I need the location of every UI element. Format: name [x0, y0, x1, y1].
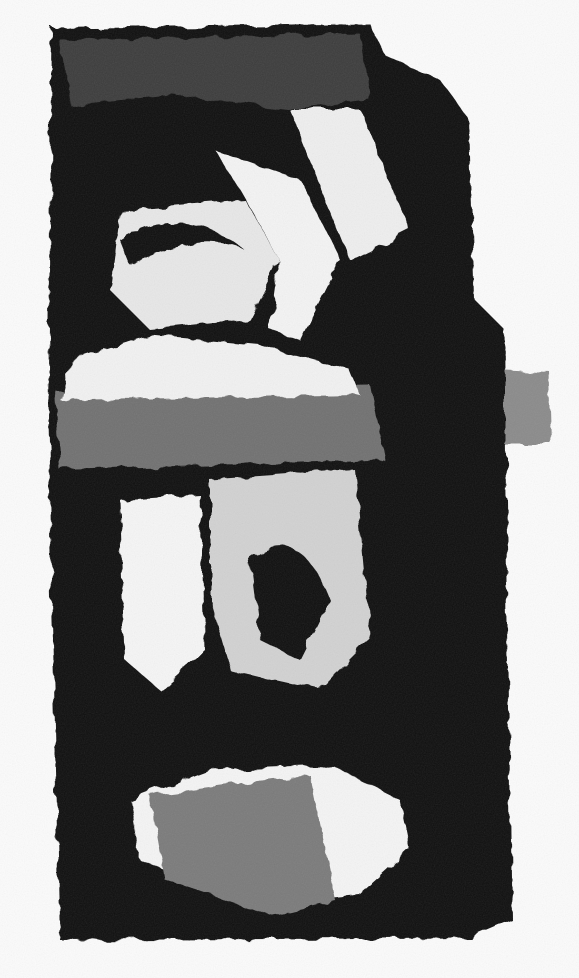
- ink-texture: [0, 0, 579, 978]
- monotype-artwork: [0, 0, 579, 978]
